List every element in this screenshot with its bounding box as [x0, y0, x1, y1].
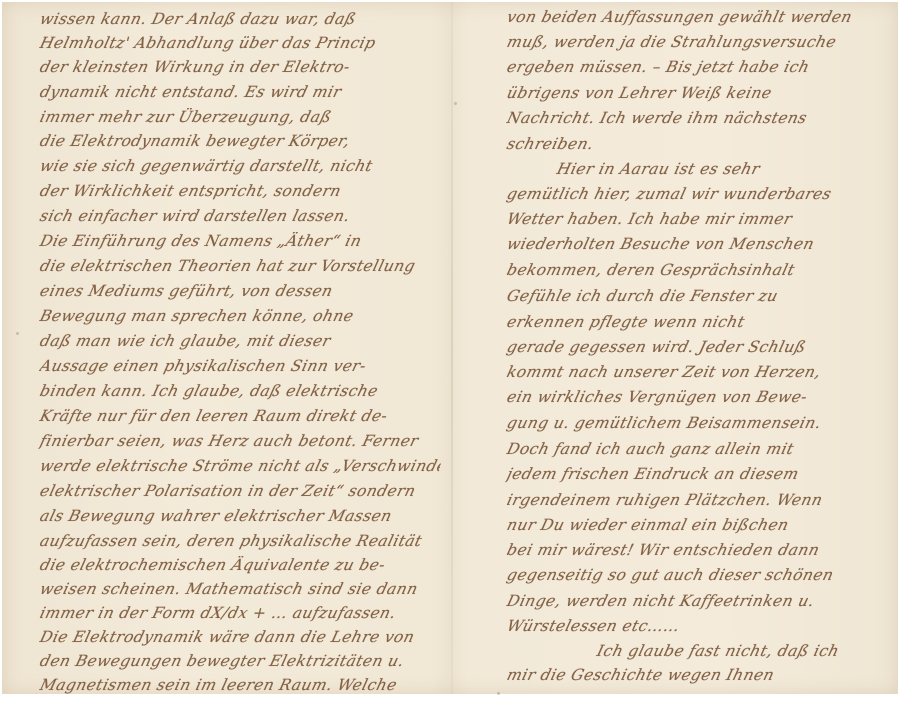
left-line-7: wie sie sich gegenwärtig darstellt, nich…	[38, 157, 442, 175]
left-line-15: Aussage einen physikalischen Sinn ver-	[38, 357, 442, 375]
left-line-16: binden kann. Ich glaube, daß elektrische	[38, 382, 442, 400]
right-line-10: wiederholten Besuche von Menschen	[505, 235, 899, 253]
right-line-18: Doch fand ich auch ganz allein mit	[505, 440, 899, 458]
left-line-25: immer in der Form dX/dx + … aufzufassen.	[38, 604, 442, 622]
paper-speck	[454, 102, 457, 105]
right-line-26: Ich glaube fast nicht, daß ich	[505, 642, 899, 660]
left-line-10: Die Einführung des Namens „Äther“ in	[38, 232, 442, 250]
right-line-22: bei mir wärest! Wir entschieden dann	[505, 541, 899, 559]
right-line-23: gegenseitig so gut auch dieser schönen	[505, 566, 899, 584]
left-line-2: Helmholtz' Abhandlung über das Princip	[38, 34, 442, 52]
right-line-6: schreiben.	[505, 135, 899, 153]
right-line-21: nur Du wieder einmal ein bißchen	[505, 516, 899, 534]
left-line-9: sich einfacher wird darstellen lassen.	[38, 207, 442, 225]
right-line-17: gung u. gemütlichem Beisammensein.	[505, 414, 899, 432]
left-line-27: den Bewegungen bewegter Elektrizitäten u…	[38, 652, 442, 670]
right-line-24: Dinge, werden nicht Kaffeetrinken u.	[505, 592, 899, 610]
right-line-13: erkennen pflegte wenn nicht	[505, 313, 899, 331]
right-line-2: muß, werden ja die Strahlungsversuche	[505, 33, 899, 51]
left-line-17: Kräfte nur für den leeren Raum direkt de…	[38, 407, 442, 425]
left-line-19: werde elektrische Ströme nicht als „Vers…	[38, 457, 442, 475]
left-line-18: finierbar seien, was Herz auch betont. F…	[38, 432, 442, 450]
right-line-9: Wetter haben. Ich habe mir immer	[505, 210, 899, 228]
right-line-19: jedem frischen Eindruck an diesem	[505, 465, 899, 483]
right-line-4: übrigens von Lehrer Weiß keine	[505, 84, 899, 102]
left-page: wissen kann. Der Anlaß dazu war, daß Hel…	[2, 2, 451, 694]
left-line-8: der Wirklichkeit entspricht, sondern	[38, 182, 442, 200]
right-line-15: kommt nach unserer Zeit von Herzen,	[505, 363, 899, 381]
left-line-11: die elektrischen Theorien hat zur Vorste…	[38, 257, 442, 275]
right-page: von beiden Auffassungen gewählt werden m…	[453, 2, 898, 694]
left-line-22: aufzufassen sein, deren physikalische Re…	[38, 532, 442, 550]
left-line-4: dynamik nicht entstand. Es wird mir	[38, 83, 442, 101]
right-line-11: bekommen, deren Gesprächsinhalt	[505, 261, 899, 279]
right-line-16: ein wirkliches Vergnügen von Bewe-	[505, 388, 899, 406]
paper-speck	[497, 692, 500, 695]
letter-sheet: wissen kann. Der Anlaß dazu war, daß Hel…	[2, 2, 898, 694]
left-line-1: wissen kann. Der Anlaß dazu war, daß	[38, 10, 442, 28]
paper-speck	[16, 332, 19, 335]
left-line-28: Magnetismen sein im leeren Raum. Welche	[38, 676, 442, 694]
right-line-7: Hier in Aarau ist es sehr	[505, 160, 899, 178]
right-line-5: Nachricht. Ich werde ihm nächstens	[505, 109, 899, 127]
left-line-12: eines Mediums geführt, von dessen	[38, 282, 442, 300]
right-line-27: mir die Geschichte wegen Ihnen	[505, 666, 899, 684]
right-line-1: von beiden Auffassungen gewählt werden	[505, 8, 899, 26]
right-line-14: gerade gegessen wird. Jeder Schluß	[505, 338, 899, 356]
right-line-12: Gefühle ich durch die Fenster zu	[505, 287, 899, 305]
left-line-21: als Bewegung wahrer elektrischer Massen	[38, 507, 442, 525]
left-line-13: Bewegung man sprechen könne, ohne	[38, 307, 442, 325]
left-line-23: die elektrochemischen Äquivalente zu be-	[38, 556, 442, 574]
left-line-20: elektrischer Polarisation in der Zeit“ s…	[38, 482, 442, 500]
left-line-24: weisen scheinen. Mathematisch sind sie d…	[38, 580, 442, 598]
right-line-25: Würstelessen etc……	[505, 617, 899, 635]
left-line-5: immer mehr zur Überzeugung, daß	[38, 108, 442, 126]
right-line-8: gemütlich hier, zumal wir wunderbares	[505, 185, 899, 203]
left-line-3: der kleinsten Wirkung in der Elektro-	[38, 58, 442, 76]
left-line-26: Die Elektrodynamik wäre dann die Lehre v…	[38, 628, 442, 646]
right-line-20: irgendeinem ruhigen Plätzchen. Wenn	[505, 491, 899, 509]
left-line-6: die Elektrodynamik bewegter Körper,	[38, 132, 442, 150]
left-line-14: daß man wie ich glaube, mit dieser	[38, 332, 442, 350]
right-line-3: ergeben müssen. – Bis jetzt habe ich	[505, 58, 899, 76]
